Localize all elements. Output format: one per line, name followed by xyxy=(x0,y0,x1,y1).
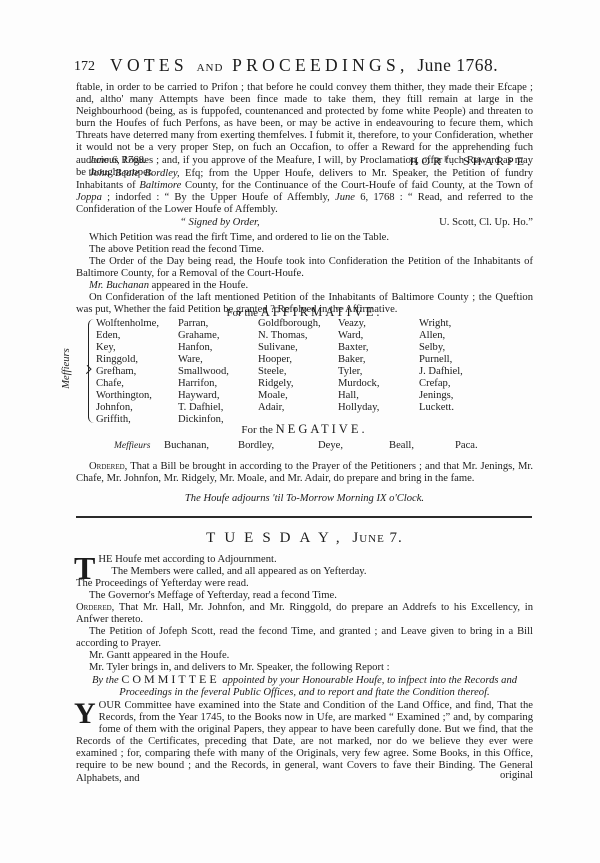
voter-name: Goldfborough, xyxy=(258,318,321,330)
day-heading: TUESDAY, June 7. xyxy=(76,530,533,546)
ordered-label: Ordered, xyxy=(76,602,114,613)
vote-column-2: Parran,Grahame,Hanfon,Ware,Smallwood,Har… xyxy=(178,318,229,426)
voter-name: Parran, xyxy=(178,318,229,330)
letter-signature: HORᴾ. SHARPE. xyxy=(410,155,533,167)
voter-name: Harrifon, xyxy=(178,378,229,390)
voter-name: Johnfon, xyxy=(96,402,159,414)
voter-name: Beall, xyxy=(389,440,414,452)
signed-by-order: “ Signed by Order, xyxy=(180,217,260,228)
proceeding-line: The Petition of Jofeph Scott, read the f… xyxy=(76,626,533,650)
voter-name: Steele, xyxy=(258,366,321,378)
voter-name: Allen, xyxy=(419,330,463,342)
voter-name: Worthington, xyxy=(96,390,159,402)
voter-name: J. Dafhiel, xyxy=(419,366,463,378)
voter-name: Wright, xyxy=(419,318,463,330)
running-header: 172 VOTES AND PROCEEDINGS, June 1768. xyxy=(76,55,533,77)
petition-paragraph: John Beale Bordley, Efq; from the Upper … xyxy=(76,168,533,216)
voter-name: Tyler, xyxy=(338,366,380,378)
voter-name: Luckett. xyxy=(419,402,463,414)
voter-name: Hanfon, xyxy=(178,342,229,354)
voter-name: Baker, xyxy=(338,354,380,366)
voter-name: Jenings, xyxy=(419,390,463,402)
by-the-label: By the xyxy=(92,675,119,686)
voter-name: Smallwood, xyxy=(178,366,229,378)
voter-name: N. Thomas, xyxy=(258,330,321,342)
voter-name: Eden, xyxy=(96,330,159,342)
voter-name: Paca. xyxy=(455,440,478,452)
messieurs-label: Meffieurs xyxy=(114,440,150,452)
town-name: Joppa xyxy=(76,192,102,203)
voter-name: Hall, xyxy=(338,390,380,402)
messieurs-label: Meffieurs xyxy=(61,348,72,389)
signed-line: “ Signed by Order, U. Scott, Cl. Up. Ho.… xyxy=(76,217,533,229)
catchword: original xyxy=(76,770,533,782)
heading-prefix: For the xyxy=(241,424,272,436)
voter-name: Selby, xyxy=(419,342,463,354)
title-votes: VOTES xyxy=(110,55,188,75)
proceeding-line: Which Petition was read the firft Time, … xyxy=(76,232,533,244)
vote-column-5: Wright,Allen,Selby,Purnell,J. Dafhiel,Cr… xyxy=(419,318,463,414)
section-divider xyxy=(76,516,532,518)
proceeding-line: HE Houfe met according to Adjournment. xyxy=(76,554,533,566)
voter-name: Ware, xyxy=(178,354,229,366)
voter-name: Chafe, xyxy=(96,378,159,390)
ordered-paragraph: Ordered, That Mr. Hall, Mr. Johnfon, and… xyxy=(76,602,533,626)
proceeding-line: The Members were called, and all appeare… xyxy=(76,566,533,578)
heading-negative: NEGATIVE. xyxy=(276,422,368,436)
petition-text: ; indorfed : “ By the Upper Houfe of Aff… xyxy=(102,192,335,203)
voter-name: Buchanan, xyxy=(164,440,209,452)
vote-column-4: Veazy,Ward,Baxter,Baker,Tyler,Murdock,Ha… xyxy=(338,318,380,414)
voter-name: T. Dafhiel, xyxy=(178,402,229,414)
ordered-text: That Mr. Hall, Mr. Johnfon, and Mr. Ring… xyxy=(76,602,533,625)
voter-name: Veazy, xyxy=(338,318,380,330)
proceeding-line: The Proceedings of Yefterday were read. xyxy=(76,578,533,590)
voter-name: Moale, xyxy=(258,390,321,402)
day-name: TUESDAY, xyxy=(206,530,348,546)
voter-name: Grahame, xyxy=(178,330,229,342)
committee-title: COMMITTEE xyxy=(121,672,219,686)
drop-cap: Y xyxy=(74,701,96,726)
voter-name: Purnell, xyxy=(419,354,463,366)
heading-prefix: For the xyxy=(226,307,257,319)
committee-heading: By the COMMITTEE appointed by your Honou… xyxy=(76,673,533,699)
letter-dateline: June 6, 1768. HORᴾ. SHARPE. xyxy=(76,155,533,167)
voter-name: Ward, xyxy=(338,330,380,342)
clerk-signature: U. Scott, Cl. Up. Ho.” xyxy=(439,217,533,229)
voter-name: Wolftenholme, xyxy=(96,318,159,330)
letter-date: June 6, 1768. xyxy=(89,155,146,166)
voter-name: Murdock, xyxy=(338,378,380,390)
voter-name: Hayward, xyxy=(178,390,229,402)
ordered-paragraph: Ordered, That a Bill be brought in accor… xyxy=(76,461,533,485)
voter-name: Grefham, xyxy=(96,366,159,378)
title-date: June 1768. xyxy=(417,55,498,75)
proceeding-line: The Governor's Meffage of Yefterday, rea… xyxy=(76,590,533,602)
proceeding-line: Mr. Buchanan appeared in the Houfe. xyxy=(76,280,533,292)
voter-name: Bordley, xyxy=(238,440,274,452)
tuesday-opening: T HE Houfe met according to Adjournment.… xyxy=(76,554,533,581)
voter-name: Ridgely, xyxy=(258,378,321,390)
proceeding-line: Mr. Gantt appeared in the Houfe. xyxy=(76,650,533,662)
voter-name: Hollyday, xyxy=(338,402,380,414)
ordered-text: That a Bill be brought in according to t… xyxy=(76,461,533,484)
voter-name: Sulivane, xyxy=(258,342,321,354)
vote-column-1: Wolftenholme,Eden,Key,Ringgold,Grefham,C… xyxy=(96,318,159,426)
proceeding-line: The Order of the Day being read, the Hou… xyxy=(76,256,533,280)
running-title: VOTES AND PROCEEDINGS, June 1768. xyxy=(110,55,498,76)
title-and: AND xyxy=(197,62,224,74)
title-proceedings: PROCEEDINGS, xyxy=(232,55,409,75)
member-name: Mr. Buchanan xyxy=(89,280,149,291)
negative-heading: For the NEGATIVE. xyxy=(76,423,533,436)
voter-name: Key, xyxy=(96,342,159,354)
endorse-date: June xyxy=(335,192,355,203)
day-date: June 7. xyxy=(352,530,402,546)
heading-affirmative: AFFIRMATIVE. xyxy=(261,305,383,319)
voter-name: Deye, xyxy=(318,440,343,452)
county-name: Baltimore xyxy=(139,180,181,191)
voter-name: Adair, xyxy=(258,402,321,414)
vote-column-3: Goldfborough,N. Thomas,Sulivane,Hooper,S… xyxy=(258,318,321,414)
voter-name: Ringgold, xyxy=(96,354,159,366)
petitioner-name: John Beale Bordley, xyxy=(89,168,180,179)
adjournment-line: The Houfe adjourns 'til To-Morrow Mornin… xyxy=(76,493,533,505)
voter-name: Baxter, xyxy=(338,342,380,354)
petition-text: County, for the Continuance of the Court… xyxy=(181,180,533,191)
ordered-label: Ordered, xyxy=(89,461,127,472)
voter-name: Hooper, xyxy=(258,354,321,366)
voter-name: Crefap, xyxy=(419,378,463,390)
page-number: 172 xyxy=(74,59,95,75)
proceeding-text: appeared in the Houfe. xyxy=(149,280,248,291)
proceeding-line: The above Petition read the fecond Time. xyxy=(76,244,533,256)
